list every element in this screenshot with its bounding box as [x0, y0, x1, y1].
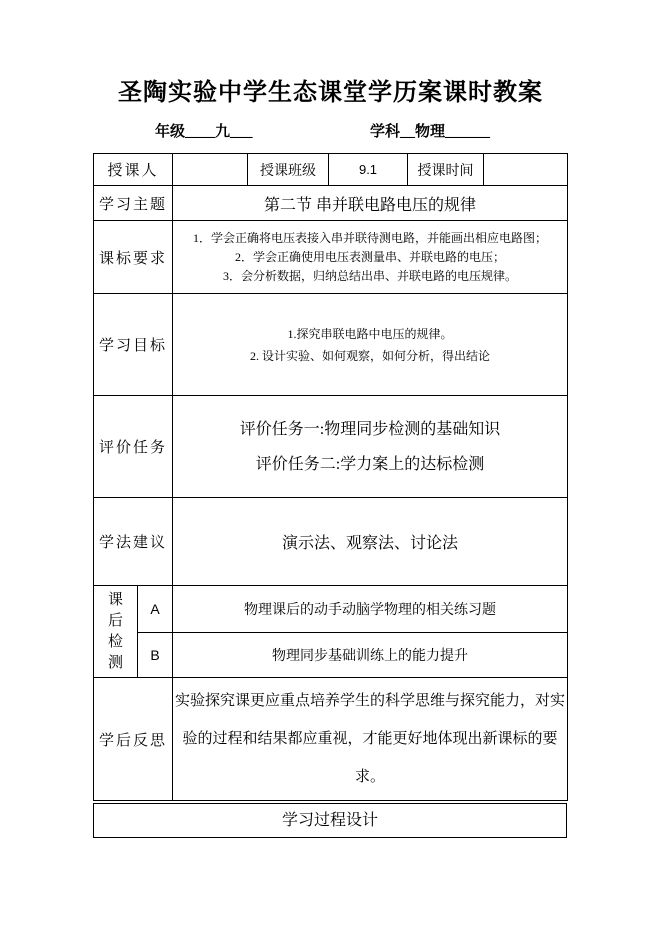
objectives-label-cell: 学习目标	[94, 294, 173, 396]
process-design-header: 学习过程设计	[93, 803, 567, 838]
after-check-key-a-cell: A	[138, 586, 173, 633]
table-row-evaluation: 评价任务 评价任务一:物理同步检测的基础知识 评价任务二:学力案上的达标检测	[94, 396, 568, 498]
instructor-label-cell: 授课人	[94, 154, 173, 186]
after-check-value-a-cell: 物理课后的动手动脑学物理的相关练习题	[173, 586, 568, 633]
reflection-value-cell: 实验探究课更应重点培养学生的科学思维与探究能力，对实验的过程和结果都应重视，才能…	[173, 678, 568, 801]
after-check-value-b-cell: 物理同步基础训练上的能力提升	[173, 633, 568, 678]
curriculum-label-cell: 课标要求	[94, 221, 173, 294]
table-row-topic: 学习主题 第二节 串并联电路电压的规律	[94, 186, 568, 221]
table-row-method: 学法建议 演示法、观察法、讨论法	[94, 498, 568, 586]
method-label-cell: 学法建议	[94, 498, 173, 586]
topic-value-cell: 第二节 串并联电路电压的规律	[173, 186, 568, 221]
curriculum-line: 1．学会正确将电压表接入串并联待测电路，并能画出相应电路图；	[175, 229, 565, 248]
evaluation-value-cell: 评价任务一:物理同步检测的基础知识 评价任务二:学力案上的达标检测	[173, 396, 568, 498]
subject-field: 学科__物理______	[370, 120, 490, 141]
table-row-objectives: 学习目标 1.探究串联电路中电压的规律。 2. 设计实验、如何观察，如何分析，得…	[94, 294, 568, 396]
evaluation-label-cell: 评价任务	[94, 396, 173, 498]
page-title: 圣陶实验中学生态课堂学历案课时教案	[0, 78, 661, 108]
objectives-line: 1.探究串联电路中电压的规律。	[175, 323, 565, 345]
objectives-value-cell: 1.探究串联电路中电压的规律。 2. 设计实验、如何观察，如何分析，得出结论	[173, 294, 568, 396]
grade-field: 年级____九___	[155, 120, 253, 141]
table-row-after-check-a: 课后检测 A 物理课后的动手动脑学物理的相关练习题	[94, 586, 568, 633]
table-row-reflection: 学后反思 实验探究课更应重点培养学生的科学思维与探究能力，对实验的过程和结果都应…	[94, 678, 568, 801]
after-check-label: 课后检测	[107, 590, 124, 674]
document-page: 圣陶实验中学生态课堂学历案课时教案 年级____九___ 学科__物理_____…	[0, 0, 661, 935]
objectives-line: 2. 设计实验、如何观察，如何分析，得出结论	[175, 345, 565, 367]
evaluation-line: 评价任务一:物理同步检测的基础知识	[175, 412, 565, 447]
after-check-key-b-cell: B	[138, 633, 173, 678]
grade-subject-line: 年级____九___ 学科__物理______	[0, 120, 661, 142]
table-row-after-check-b: B 物理同步基础训练上的能力提升	[94, 633, 568, 678]
class-label-cell: 授课班级	[248, 154, 329, 186]
method-value-cell: 演示法、观察法、讨论法	[173, 498, 568, 586]
curriculum-line: 3．会分析数据，归纳总结出串、并联电路的电压规律。	[175, 267, 565, 286]
table-row-curriculum: 课标要求 1．学会正确将电压表接入串并联待测电路，并能画出相应电路图； 2．学会…	[94, 221, 568, 294]
time-value-cell	[484, 154, 568, 186]
lesson-plan-table: 授课人 授课班级 9.1 授课时间 学习主题 第二节 串并联电路电压的规律 课标…	[93, 153, 568, 801]
table-row-header-info: 授课人 授课班级 9.1 授课时间	[94, 154, 568, 186]
class-value-cell: 9.1	[329, 154, 408, 186]
instructor-value-cell	[173, 154, 248, 186]
curriculum-line: 2．学会正确使用电压表测量串、并联电路的电压；	[175, 248, 565, 267]
curriculum-value-cell: 1．学会正确将电压表接入串并联待测电路，并能画出相应电路图； 2．学会正确使用电…	[173, 221, 568, 294]
after-check-label-cell: 课后检测	[94, 586, 138, 678]
time-label-cell: 授课时间	[408, 154, 484, 186]
evaluation-line: 评价任务二:学力案上的达标检测	[175, 447, 565, 482]
topic-label-cell: 学习主题	[94, 186, 173, 221]
reflection-label-cell: 学后反思	[94, 678, 173, 801]
